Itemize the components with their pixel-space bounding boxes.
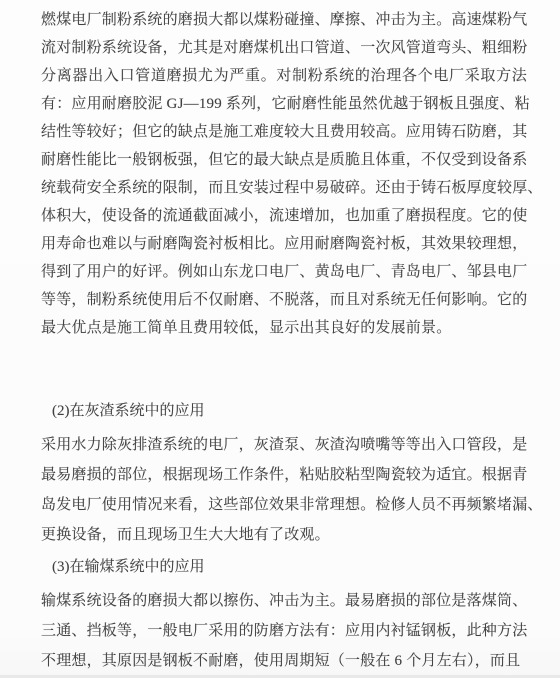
text-line: 三通、挡板等，一般电厂采用的防磨方法有：应用内衬锰钢板，此种方法	[41, 616, 527, 646]
section-heading-ash-slag: (2)在灰渣系统中的应用	[41, 400, 527, 422]
text-line: 体积大，使设备的流通截面减小，流速增加，也加重了磨损程度。它的使	[41, 202, 527, 230]
text-line: 耐磨性能比一般钢板强，但它的最大缺点是质脆且体重，不仅受到设备系	[41, 146, 527, 174]
text-line: 有：应用耐磨胶泥 GJ—199 系列，它耐磨性能虽然优越于钢板且强度、粘	[41, 90, 527, 118]
text-line: 采用水力除灰排渣系统的电厂，灰渣泵、灰渣沟喷嘴等等出入口管段，是	[41, 430, 527, 460]
text-line: 燃煤电厂制粉系统的磨损大都以煤粉碰撞、摩擦、冲击为主。高速煤粉气	[41, 6, 527, 34]
text-line: 统载荷安全系统的限制，而且安装过程中易破碎。还由于铸石板厚度较厚、	[41, 174, 527, 202]
document-page: 燃煤电厂制粉系统的磨损大都以煤粉碰撞、摩擦、冲击为主。高速煤粉气 流对制粉系统设…	[0, 0, 560, 678]
text-line: 流对制粉系统设备，尤其是对磨煤机出口管道、一次风管道弯头、粗细粉	[41, 34, 527, 62]
paragraph-milling-system: 燃煤电厂制粉系统的磨损大都以煤粉碰撞、摩擦、冲击为主。高速煤粉气 流对制粉系统设…	[41, 6, 527, 342]
text-line: 分离器出入口管道磨损尤为严重。对制粉系统的治理各个电厂采取方法	[41, 62, 527, 90]
paragraph-coal-conveying-system: 输煤系统设备的磨损大都以擦伤、冲击为主。最易磨损的部位是落煤筒、 三通、挡板等，…	[41, 586, 527, 676]
paragraph-ash-slag-system: 采用水力除灰排渣系统的电厂，灰渣泵、灰渣沟喷嘴等等出入口管段，是 最易磨损的部位…	[41, 430, 527, 550]
text-line: 更换设备，而且现场卫生大大地有了改观。	[41, 520, 527, 550]
text-line: 岛发电厂使用情况来看，这些部位效果非常理想。检修人员不再频繁堵漏、	[41, 490, 527, 520]
text-line: 最大优点是施工简单且费用较低，显示出其良好的发展前景。	[41, 314, 527, 342]
text-line: 得到了用户的好评。例如山东龙口电厂、黄岛电厂、青岛电厂、邹县电厂	[41, 258, 527, 286]
document-text-block: 燃煤电厂制粉系统的磨损大都以煤粉碰撞、摩擦、冲击为主。高速煤粉气 流对制粉系统设…	[0, 0, 560, 676]
text-line: 结性等较好；但它的缺点是施工难度较大且费用较高。应用铸石防磨，其	[41, 118, 527, 146]
text-line: 最易磨损的部位，根据现场工作条件，粘贴胶粘型陶瓷较为适宜。根据青	[41, 460, 527, 490]
text-line: 等等，制粉系统使用后不仅耐磨、不脱落，而且对系统无任何影响。它的	[41, 286, 527, 314]
text-line: 用寿命也难以与耐磨陶瓷衬板相比。应用耐磨陶瓷衬板，其效果较理想，	[41, 230, 527, 258]
section-heading-coal-conveying: (3)在输煤系统中的应用	[41, 556, 527, 578]
text-line: 不理想，其原因是钢板不耐磨，使用周期短（一般在 6 个月左右），而且	[41, 646, 527, 676]
text-line: 输煤系统设备的磨损大都以擦伤、冲击为主。最易磨损的部位是落煤筒、	[41, 586, 527, 616]
